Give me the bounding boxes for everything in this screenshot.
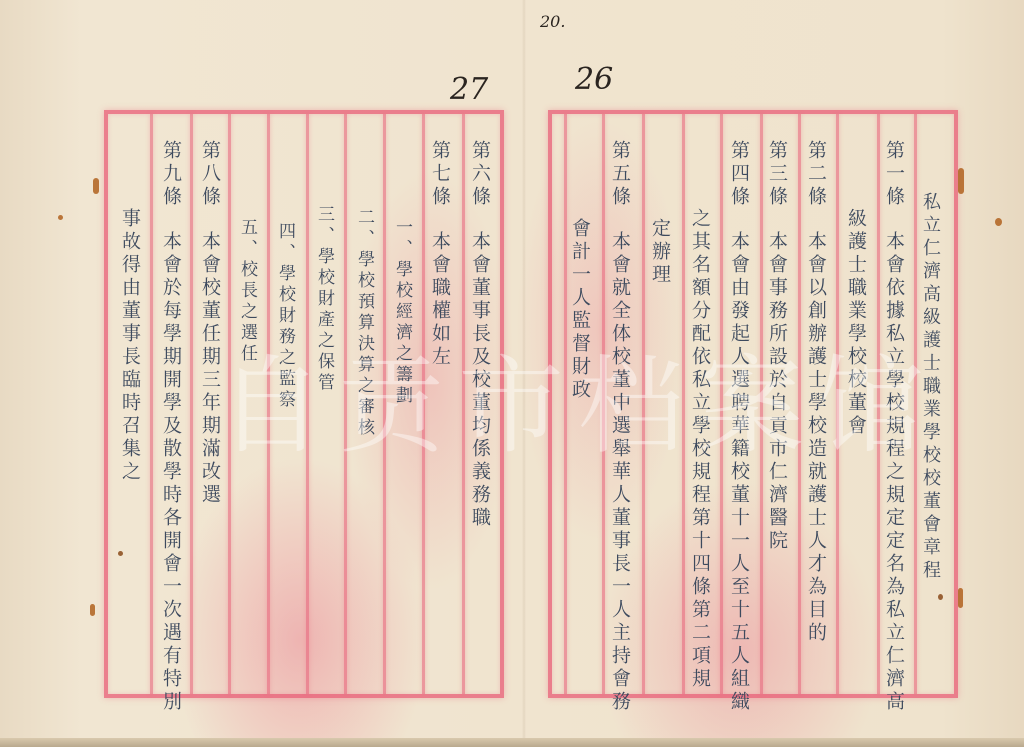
rust-spot xyxy=(90,604,95,616)
left-page-number: 27 xyxy=(450,72,488,107)
article-label: 第七條 xyxy=(430,140,449,209)
article-8: 第八條本會校董任期三年期滿改選 xyxy=(200,140,219,507)
article-text: 本會於每學期開學及散學時各開會一次遇有特別 xyxy=(160,231,182,714)
article-label: 第三條 xyxy=(767,140,786,209)
article-label: 第五條 xyxy=(610,140,629,209)
article-9: 第九條本會於每學期開學及散學時各開會一次遇有特別 xyxy=(161,140,180,714)
article-9-continuation: 事故得由董事長臨時召集之 xyxy=(120,208,139,484)
archive-watermark: 自贡市档案馆 xyxy=(218,322,938,474)
article-label: 第八條 xyxy=(200,140,219,209)
article-4-continuation-2: 定辦理 xyxy=(650,218,669,287)
rust-spot xyxy=(93,178,99,194)
article-label: 第四條 xyxy=(729,140,748,209)
right-page-number: 26 xyxy=(575,62,613,97)
article-label: 第一條 xyxy=(884,140,903,209)
rust-spot xyxy=(58,215,63,220)
ink-spot xyxy=(938,594,943,600)
paper-bottom-edge xyxy=(0,738,1024,747)
rust-spot xyxy=(958,588,963,608)
rust-spot xyxy=(958,168,964,194)
ink-spot xyxy=(118,551,123,556)
archive-page-number: 20. xyxy=(540,12,565,31)
article-label: 第九條 xyxy=(161,140,180,209)
article-label: 第二條 xyxy=(806,140,825,209)
article-label: 第六條 xyxy=(470,140,489,209)
column-rule xyxy=(190,114,193,694)
column-rule xyxy=(150,114,153,694)
rust-spot xyxy=(995,218,1002,226)
